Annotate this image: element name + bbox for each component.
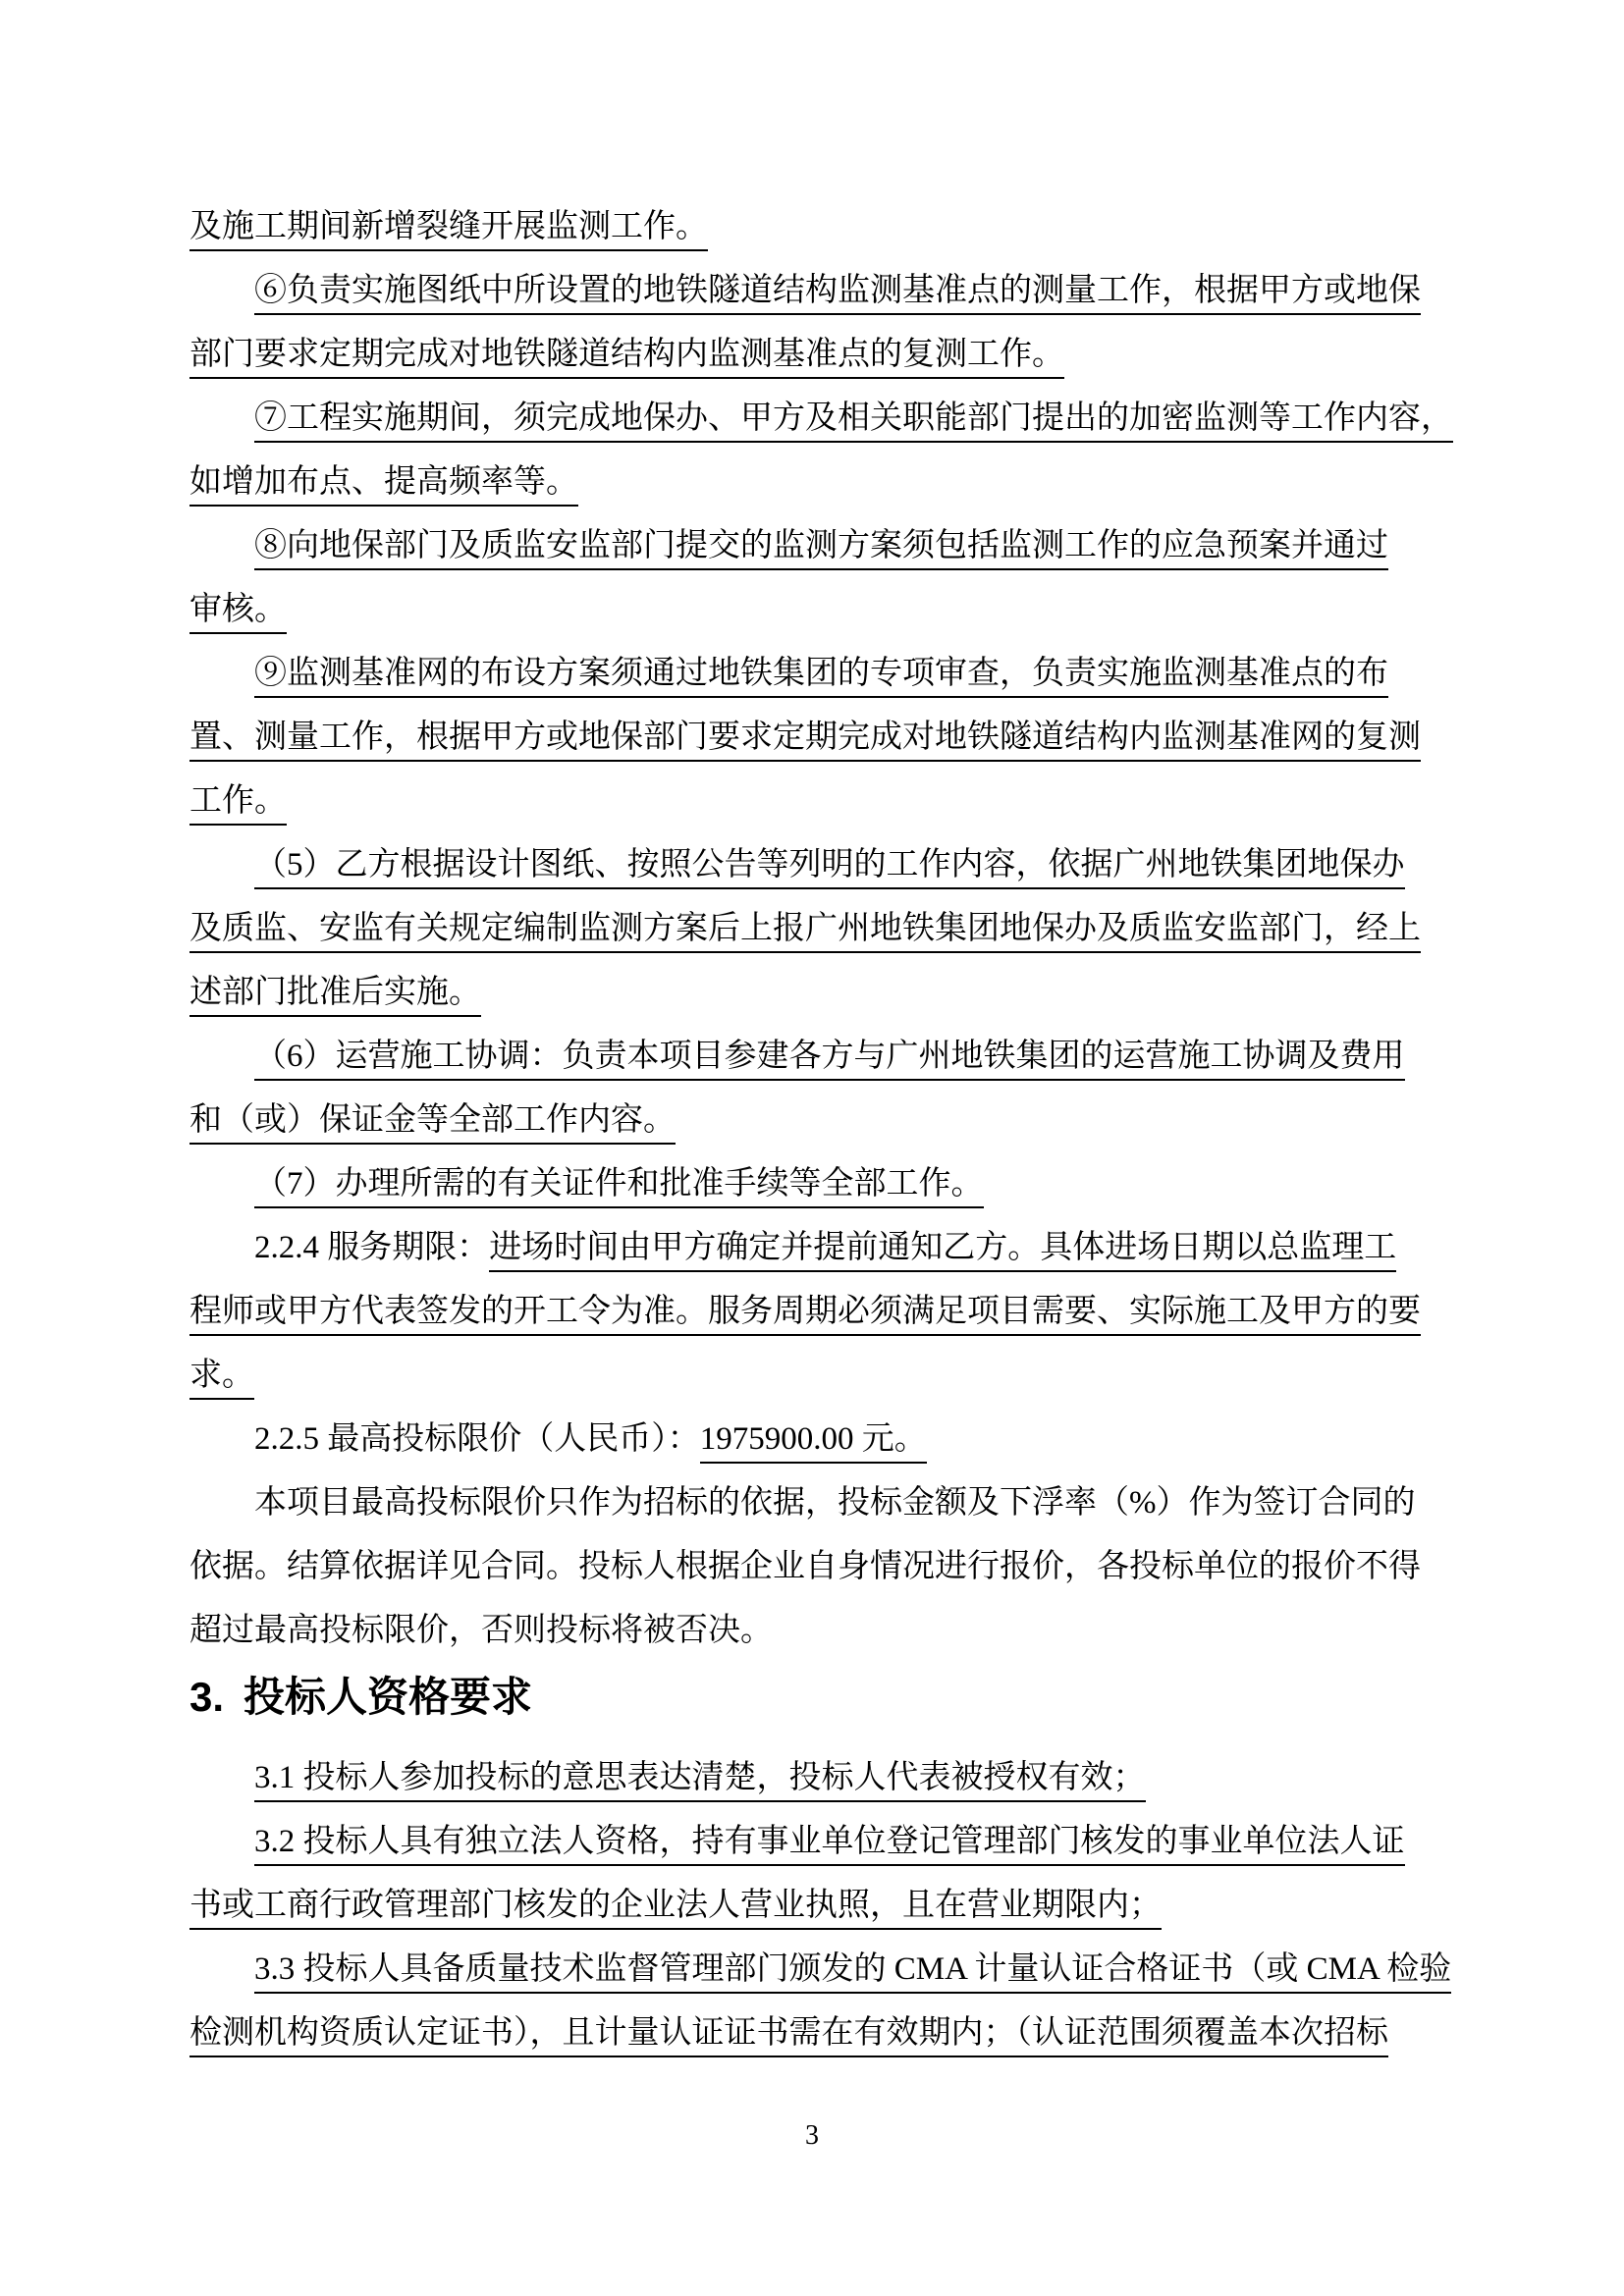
underlined-text: 和（或）保证金等全部工作内容。 xyxy=(189,1102,676,1145)
underlined-text: （6）运营施工协调：负责本项目参建各方与广州地铁集团的运营施工协调及费用 xyxy=(254,1039,1405,1081)
text-line: 检测机构资质认定证书），且计量认证证书需在有效期内；（认证范围须覆盖本次招标 xyxy=(189,2002,1457,2065)
text-line: （5）乙方根据设计图纸、按照公告等列明的工作内容，依据广州地铁集团地保办 xyxy=(189,833,1457,897)
underlined-text: 3.2 投标人具有独立法人资格，持有事业单位登记管理部门核发的事业单位法人证 xyxy=(254,1824,1405,1866)
text-line: （6）运营施工协调：负责本项目参建各方与广州地铁集团的运营施工协调及费用 xyxy=(189,1025,1457,1089)
text-line: 求。 xyxy=(189,1344,1457,1408)
underlined-text: ⑧向地保部门及质监安监部门提交的监测方案须包括监测工作的应急预案并通过 xyxy=(254,528,1388,570)
underlined-text: 部门要求定期完成对地铁隧道结构内监测基准点的复测工作。 xyxy=(189,337,1064,379)
plain-text: 依据。结算依据详见合同。投标人根据企业自身情况进行报价，各投标单位的报价不得 xyxy=(189,1549,1421,1584)
plain-text: 本项目最高投标限价只作为招标的依据，投标金额及下浮率（%）作为签订合同的 xyxy=(254,1485,1416,1521)
text-line: 审核。 xyxy=(189,578,1457,642)
text-line: 置、测量工作，根据甲方或地保部门要求定期完成对地铁隧道结构内监测基准网的复测 xyxy=(189,706,1457,770)
underlined-text: （7）办理所需的有关证件和批准手续等全部工作。 xyxy=(254,1166,984,1208)
underlined-text: 求。 xyxy=(189,1358,254,1400)
text-line: 工作。 xyxy=(189,770,1457,833)
heading-number: 3. xyxy=(189,1674,224,1720)
text-line: 2.2.4 服务期限：进场时间由甲方确定并提前通知乙方。具体进场日期以总监理工 xyxy=(189,1216,1457,1280)
text-line: 依据。结算依据详见合同。投标人根据企业自身情况进行报价，各投标单位的报价不得 xyxy=(189,1535,1457,1599)
text-line: 本项目最高投标限价只作为招标的依据，投标金额及下浮率（%）作为签订合同的 xyxy=(189,1471,1457,1535)
text-line: 2.2.5 最高投标限价（人民币）：1975900.00 元。 xyxy=(189,1408,1457,1471)
underlined-text: 及施工期间新增裂缝开展监测工作。 xyxy=(189,209,708,251)
underlined-text: 书或工商行政管理部门核发的企业法人营业执照，且在营业期限内； xyxy=(189,1888,1162,1930)
underlined-text: 进场时间由甲方确定并提前通知乙方。具体进场日期以总监理工 xyxy=(489,1230,1396,1272)
plain-text: 超过最高投标限价，否则投标将被否决。 xyxy=(189,1613,773,1648)
underlined-text: 审核。 xyxy=(189,592,287,634)
underlined-text: 3.1 投标人参加投标的意思表达清楚，投标人代表被授权有效； xyxy=(254,1760,1146,1802)
underlined-text: ⑥负责实施图纸中所设置的地铁隧道结构监测基准点的测量工作，根据甲方或地保 xyxy=(254,273,1421,315)
plain-text: 2.2.4 服务期限： xyxy=(254,1230,489,1265)
underlined-text: 程师或甲方代表签发的开工令为准。服务周期必须满足项目需要、实际施工及甲方的要 xyxy=(189,1294,1421,1336)
text-line: 及质监、安监有关规定编制监测方案后上报广州地铁集团地保办及质监安监部门，经上 xyxy=(189,897,1457,961)
text-line: ⑧向地保部门及质监安监部门提交的监测方案须包括监测工作的应急预案并通过 xyxy=(189,514,1457,578)
text-line: 及施工期间新增裂缝开展监测工作。 xyxy=(189,195,1457,259)
plain-text: 2.2.5 最高投标限价（人民币）： xyxy=(254,1421,700,1457)
heading-title: 投标人资格要求 xyxy=(244,1674,532,1720)
underlined-text: 述部门批准后实施。 xyxy=(189,975,481,1017)
text-line: 程师或甲方代表签发的开工令为准。服务周期必须满足项目需要、实际施工及甲方的要 xyxy=(189,1280,1457,1344)
text-line: ⑥负责实施图纸中所设置的地铁隧道结构监测基准点的测量工作，根据甲方或地保 xyxy=(189,259,1457,323)
text-line: （7）办理所需的有关证件和批准手续等全部工作。 xyxy=(189,1152,1457,1216)
text-line: 如增加布点、提高频率等。 xyxy=(189,451,1457,514)
document-page: 及施工期间新增裂缝开展监测工作。⑥负责实施图纸中所设置的地铁隧道结构监测基准点的… xyxy=(0,0,1624,2296)
text-line: ⑨监测基准网的布设方案须通过地铁集团的专项审查，负责实施监测基准点的布 xyxy=(189,642,1457,706)
underlined-text: 置、测量工作，根据甲方或地保部门要求定期完成对地铁隧道结构内监测基准网的复测 xyxy=(189,720,1421,762)
text-line: 述部门批准后实施。 xyxy=(189,961,1457,1025)
body-text-top: 及施工期间新增裂缝开展监测工作。⑥负责实施图纸中所设置的地铁隧道结构监测基准点的… xyxy=(189,195,1457,1663)
text-line: ⑦工程实施期间，须完成地保办、甲方及相关职能部门提出的加密监测等工作内容， xyxy=(189,387,1457,451)
underlined-text: 3.3 投标人具备质量技术监督管理部门颁发的 CMA 计量认证合格证书（或 CM… xyxy=(254,1951,1451,1994)
underlined-text: 检测机构资质认定证书），且计量认证证书需在有效期内；（认证范围须覆盖本次招标 xyxy=(189,2015,1388,2057)
text-line: 书或工商行政管理部门核发的企业法人营业执照，且在营业期限内； xyxy=(189,1874,1457,1938)
underlined-text: 如增加布点、提高频率等。 xyxy=(189,464,578,507)
text-line: 超过最高投标限价，否则投标将被否决。 xyxy=(189,1599,1457,1663)
underlined-text: 及质监、安监有关规定编制监测方案后上报广州地铁集团地保办及质监安监部门，经上 xyxy=(189,911,1421,953)
text-line: 3.1 投标人参加投标的意思表达清楚，投标人代表被授权有效； xyxy=(189,1746,1457,1810)
underlined-text: （5）乙方根据设计图纸、按照公告等列明的工作内容，依据广州地铁集团地保办 xyxy=(254,847,1405,889)
body-text-bottom: 3.1 投标人参加投标的意思表达清楚，投标人代表被授权有效；3.2 投标人具有独… xyxy=(189,1746,1457,2065)
underlined-text: 工作。 xyxy=(189,783,287,826)
text-line: 部门要求定期完成对地铁隧道结构内监测基准点的复测工作。 xyxy=(189,323,1457,387)
page-number: 3 xyxy=(0,2116,1624,2156)
underlined-text: 1975900.00 元。 xyxy=(700,1421,927,1464)
text-line: 和（或）保证金等全部工作内容。 xyxy=(189,1089,1457,1152)
text-line: 3.3 投标人具备质量技术监督管理部门颁发的 CMA 计量认证合格证书（或 CM… xyxy=(189,1938,1457,2002)
underlined-text: ⑨监测基准网的布设方案须通过地铁集团的专项审查，负责实施监测基准点的布 xyxy=(254,656,1388,698)
text-line: 3.2 投标人具有独立法人资格，持有事业单位登记管理部门核发的事业单位法人证 xyxy=(189,1810,1457,1874)
section-heading: 3.投标人资格要求 xyxy=(189,1666,1457,1729)
underlined-text: ⑦工程实施期间，须完成地保办、甲方及相关职能部门提出的加密监测等工作内容， xyxy=(254,400,1453,443)
